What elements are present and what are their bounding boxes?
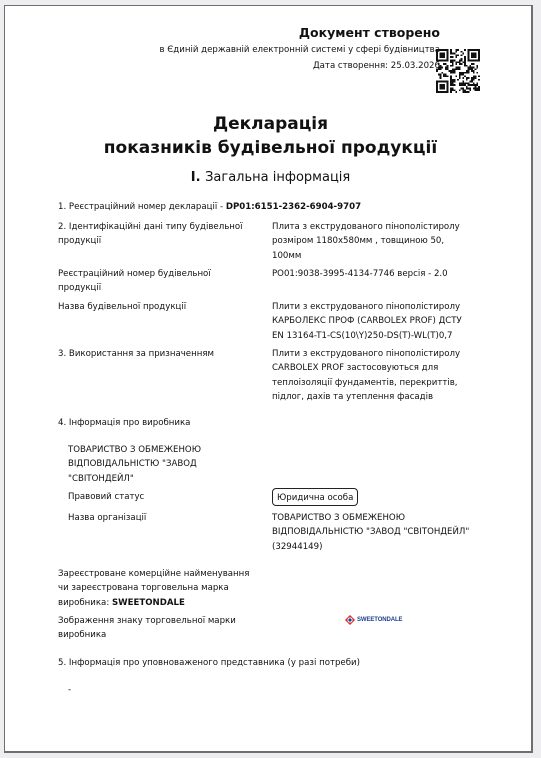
- manufacturer-heading: 4. Інформація про виробника: [58, 416, 190, 430]
- product-reg-number-label-line: продукції: [58, 281, 211, 295]
- trademark-image-label: Зображення знаку торговельної марки виро…: [58, 614, 236, 643]
- trade-name-line: виробника: SWEETONDALE: [58, 596, 249, 610]
- intended-use-value-line: підлог, дахів та утеплення фасадів: [272, 390, 460, 404]
- document-title-line2: показників будівельної продукції: [0, 136, 541, 160]
- document-title-line1: Декларація: [0, 112, 541, 136]
- section-roman: I.: [191, 170, 201, 185]
- legal-status-label: Правовий статус: [68, 490, 144, 504]
- product-name-value-line: EN 13164-T1-CS(10\Y)250-DS(T)-WL(T)0,7: [272, 329, 462, 343]
- document-created-title: Документ створено: [299, 25, 440, 40]
- identification-value: Плита з екструдованого пінополістиролу р…: [272, 220, 460, 263]
- product-name-value-line: Плити з екструдованого пінополістиролу: [272, 300, 462, 314]
- manufacturer-name-line: "СВІТОНДЕЙЛ": [68, 472, 201, 486]
- product-reg-number-label-line: Реєстраційний номер будівельної: [58, 267, 211, 281]
- intended-use-value-line: CARBOLEX PROF застосовуються для: [272, 361, 460, 375]
- trade-name-line: чи зареєстрована торговельна марка: [58, 581, 249, 595]
- trade-name-prefix: виробника:: [58, 598, 112, 608]
- org-name-value-line: ВІДПОВІДАЛЬНІСТЮ "ЗАВОД "СВІТОНДЕЙЛ": [272, 525, 469, 539]
- identification-label-line: продукції: [58, 234, 243, 248]
- product-reg-number-value: PO01:9038-3995-4134-7746 версія - 2.0: [272, 267, 448, 281]
- trademark-logo-text: SWEETONDALE: [357, 617, 402, 623]
- creation-date: Дата створення: 25.03.2026: [313, 61, 440, 71]
- qr-code-icon: [436, 49, 480, 93]
- identification-label: 2. Ідентифікаційні дані типу будівельної…: [58, 220, 243, 249]
- identification-label-line: 2. Ідентифікаційні дані типу будівельної: [58, 220, 243, 234]
- legal-status-badge: Юридична особа: [272, 488, 358, 506]
- org-name-value-line: ТОВАРИСТВО З ОБМЕЖЕНОЮ: [272, 511, 469, 525]
- trade-name-value: SWEETONDALE: [112, 598, 185, 608]
- intended-use-value-line: Плити з екструдованого пінополістиролу: [272, 347, 460, 361]
- product-name-value-line: КАРБОЛЕКС ПРОФ (CARBOLEX PROF) ДСТУ: [272, 314, 462, 328]
- sweetondale-logo-icon: [345, 615, 355, 625]
- creation-date-value: 25.03.2026: [391, 61, 440, 71]
- manufacturer-name-line: ТОВАРИСТВО З ОБМЕЖЕНОЮ: [68, 443, 201, 457]
- org-name-value-line: (32944149): [272, 540, 469, 554]
- section-title: I. Загальна інформація: [0, 170, 541, 185]
- trademark-logo: SWEETONDALE: [345, 614, 402, 626]
- declaration-number-row: 1. Реєстраційний номер декларації - DP01…: [58, 200, 361, 214]
- representative-value: -: [68, 683, 71, 697]
- product-name-label: Назва будівельної продукції: [58, 300, 186, 314]
- section-title-text: Загальна інформація: [205, 170, 350, 185]
- trademark-image-label-line: виробника: [58, 628, 236, 642]
- intended-use-value-line: теплоізоляції фундаментів, перекриттів,: [272, 376, 460, 390]
- trademark-image-label-line: Зображення знаку торговельної марки: [58, 614, 236, 628]
- product-name-label-line: Назва будівельної продукції: [58, 300, 186, 314]
- declaration-number-label: 1. Реєстраційний номер декларації -: [58, 202, 226, 212]
- intended-use-label-line: 3. Використання за призначенням: [58, 347, 214, 361]
- creation-date-label: Дата створення:: [313, 61, 388, 71]
- identification-value-line: Плита з екструдованого пінополістиролу: [272, 220, 460, 234]
- trade-name: Зареєстроване комерційне найменування чи…: [58, 567, 249, 610]
- manufacturer-name-line: ВІДПОВІДАЛЬНІСТЮ "ЗАВОД: [68, 457, 201, 471]
- org-name-label: Назва організації: [68, 511, 146, 525]
- representative-heading: 5. Інформація про уповноваженого предста…: [58, 656, 360, 670]
- identification-value-line: розміром 1180х580мм , товщиною 50,: [272, 234, 460, 248]
- org-name-value: ТОВАРИСТВО З ОБМЕЖЕНОЮ ВІДПОВІДАЛЬНІСТЮ …: [272, 511, 469, 554]
- product-reg-number-label: Реєстраційний номер будівельної продукці…: [58, 267, 211, 296]
- product-name-value: Плити з екструдованого пінополістиролу К…: [272, 300, 462, 343]
- intended-use-value: Плити з екструдованого пінополістиролу C…: [272, 347, 460, 404]
- identification-value-line: 100мм: [272, 249, 460, 263]
- declaration-number-value: DP01:6151-2362-6904-9707: [226, 202, 361, 212]
- product-reg-number-value-line: PO01:9038-3995-4134-7746 версія - 2.0: [272, 267, 448, 281]
- trade-name-line: Зареєстроване комерційне найменування: [58, 567, 249, 581]
- document-created-subtitle: в Єдиній державній електронній системі у…: [160, 45, 441, 55]
- manufacturer-name: ТОВАРИСТВО З ОБМЕЖЕНОЮ ВІДПОВІДАЛЬНІСТЮ …: [68, 443, 201, 486]
- intended-use-label: 3. Використання за призначенням: [58, 347, 214, 361]
